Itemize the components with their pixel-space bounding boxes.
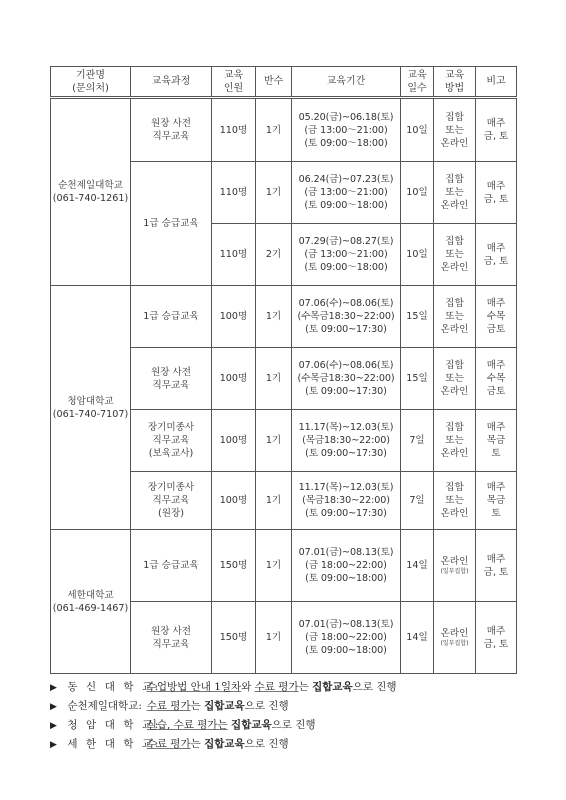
remarks-cell: 매주 금, 토 [476, 162, 517, 224]
institution-cell: 순천제일대학교 (061-740-1261) [51, 98, 131, 286]
course-cell: 1급 승급교육 [131, 162, 212, 286]
period-cell: 11.17(목)~12.03(토) (목금18:30~22:00) (토 09:… [292, 410, 401, 472]
method-cell: 온라인 (일부집합) [434, 530, 476, 602]
classes-cell: 1기 [256, 286, 292, 348]
header-course: 교육과정 [131, 67, 212, 98]
triangle-bullet-icon: ▶ [50, 679, 64, 698]
header-method: 교육 방법 [434, 67, 476, 98]
note-label: 동 신 대 학 교: [67, 678, 143, 697]
method-cell: 집합 또는 온라인 [434, 348, 476, 410]
classes-cell: 1기 [256, 98, 292, 162]
period-cell: 06.24(금)~07.23(토) (금 13:00～21:00) (토 09:… [292, 162, 401, 224]
days-cell: 10일 [401, 224, 434, 286]
course-cell: 원장 사전 직무교육 [131, 98, 212, 162]
classes-cell: 1기 [256, 602, 292, 674]
course-cell: 1급 승급교육 [131, 530, 212, 602]
institution-cell: 청암대학교 (061-740-7107) [51, 286, 131, 530]
classes-cell: 1기 [256, 410, 292, 472]
period-cell: 05.20(금)~06.18(토) (금 13:00～21:00) (토 09:… [292, 98, 401, 162]
period-cell: 07.01(금)~08.13(토) (금 18:00~22:00) (토 09:… [292, 530, 401, 602]
method-cell: 집합 또는 온라인 [434, 472, 476, 530]
capacity-cell: 110명 [212, 98, 256, 162]
classes-cell: 2기 [256, 224, 292, 286]
table-row: 세한대학교 (061-469-1467) 1급 승급교육 150명 1기 07.… [51, 530, 517, 602]
note-label: 순천제일대학교: [67, 697, 143, 716]
period-cell: 07.06(수)~08.06(토) (수목금18:30~22:00) (토 09… [292, 286, 401, 348]
remarks-cell: 매주 목금 토 [476, 410, 517, 472]
method-cell: 집합 또는 온라인 [434, 98, 476, 162]
header-institution: 기관명 (문의처) [51, 67, 131, 98]
course-cell: 장기미종사 직무교육 (원장) [131, 472, 212, 530]
triangle-bullet-icon: ▶ [50, 698, 64, 717]
method-cell: 집합 또는 온라인 [434, 286, 476, 348]
course-cell: 원장 사전 직무교육 [131, 348, 212, 410]
classes-cell: 1기 [256, 530, 292, 602]
classes-cell: 1기 [256, 162, 292, 224]
days-cell: 14일 [401, 530, 434, 602]
remarks-cell: 매주 목금 토 [476, 472, 517, 530]
remarks-cell: 매주 수목 금토 [476, 286, 517, 348]
method-cell: 온라인 (일부집합) [434, 602, 476, 674]
capacity-cell: 100명 [212, 410, 256, 472]
table-row: 청암대학교 (061-740-7107) 1급 승급교육 100명 1기 07.… [51, 286, 517, 348]
triangle-bullet-icon: ▶ [50, 717, 64, 736]
days-cell: 15일 [401, 348, 434, 410]
classes-cell: 1기 [256, 348, 292, 410]
header-capacity: 교육 인원 [212, 67, 256, 98]
capacity-cell: 150명 [212, 602, 256, 674]
capacity-cell: 100명 [212, 348, 256, 410]
remarks-cell: 매주 금, 토 [476, 98, 517, 162]
institution-cell: 세한대학교 (061-469-1467) [51, 530, 131, 674]
classes-cell: 1기 [256, 472, 292, 530]
capacity-cell: 150명 [212, 530, 256, 602]
period-cell: 07.01(금)~08.13(토) (금 18:00~22:00) (토 09:… [292, 602, 401, 674]
days-cell: 7일 [401, 472, 434, 530]
method-cell: 집합 또는 온라인 [434, 162, 476, 224]
capacity-cell: 100명 [212, 472, 256, 530]
header-row: 기관명 (문의처) 교육과정 교육 인원 반수 교육기간 교육 일수 교육 방법… [51, 67, 517, 98]
capacity-cell: 110명 [212, 162, 256, 224]
footnote-suncheon-jeil: ▶ 순천제일대학교: 수료 평가는 집합교육으로 진행 [50, 697, 520, 716]
header-days: 교육 일수 [401, 67, 434, 98]
period-cell: 07.29(금)~08.27(토) (금 13:00～21:00) (토 09:… [292, 224, 401, 286]
training-schedule-table: 기관명 (문의처) 교육과정 교육 인원 반수 교육기간 교육 일수 교육 방법… [50, 66, 517, 674]
course-cell: 원장 사전 직무교육 [131, 602, 212, 674]
footnotes: ▶ 동 신 대 학 교: 수업방법 안내 1일차와 수료 평가는 집합교육으로 … [50, 678, 520, 754]
days-cell: 10일 [401, 98, 434, 162]
method-cell: 집합 또는 온라인 [434, 410, 476, 472]
remarks-cell: 매주 금, 토 [476, 530, 517, 602]
remarks-cell: 매주 금, 토 [476, 224, 517, 286]
days-cell: 15일 [401, 286, 434, 348]
footnote-sehan: ▶ 세 한 대 학 교: 수료 평가는 집합교육으로 진행 [50, 735, 520, 754]
period-cell: 07.06(수)~08.06(토) (수목금18:30~22:00) (토 09… [292, 348, 401, 410]
method-cell: 집합 또는 온라인 [434, 224, 476, 286]
note-label: 세 한 대 학 교: [67, 735, 143, 754]
triangle-bullet-icon: ▶ [50, 736, 64, 755]
days-cell: 10일 [401, 162, 434, 224]
course-cell: 장기미종사 직무교육 (보육교사) [131, 410, 212, 472]
remarks-cell: 매주 금, 토 [476, 602, 517, 674]
period-cell: 11.17(목)~12.03(토) (목금18:30~22:00) (토 09:… [292, 472, 401, 530]
table-row: 순천제일대학교 (061-740-1261) 원장 사전 직무교육 110명 1… [51, 98, 517, 162]
note-label: 청 암 대 학 교: [67, 716, 143, 735]
days-cell: 14일 [401, 602, 434, 674]
footnote-dongshin: ▶ 동 신 대 학 교: 수업방법 안내 1일차와 수료 평가는 집합교육으로 … [50, 678, 520, 697]
capacity-cell: 110명 [212, 224, 256, 286]
days-cell: 7일 [401, 410, 434, 472]
footnote-cheongam: ▶ 청 암 대 학 교: 실습, 수료 평가는 집합교육으로 진행 [50, 716, 520, 735]
capacity-cell: 100명 [212, 286, 256, 348]
header-classes: 반수 [256, 67, 292, 98]
header-period: 교육기간 [292, 67, 401, 98]
header-remarks: 비고 [476, 67, 517, 98]
course-cell: 1급 승급교육 [131, 286, 212, 348]
remarks-cell: 매주 수목 금토 [476, 348, 517, 410]
